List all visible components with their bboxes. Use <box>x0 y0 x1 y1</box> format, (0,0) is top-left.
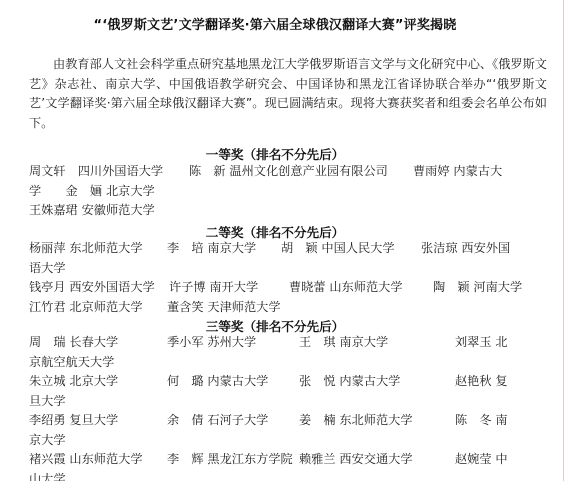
winner-entry: 京大学 <box>29 431 66 451</box>
winner-entry: 张 悦 内蒙古大学 <box>299 372 400 392</box>
page-right-border <box>563 0 564 481</box>
winner-entry: 江竹君 北京师范大学 <box>29 298 143 318</box>
winner-line: 京大学 <box>29 431 549 451</box>
winner-entry: 姜 楠 东北师范大学 <box>299 411 413 431</box>
winner-line: 王姝嘉珺 安徽师范大学 <box>29 201 549 221</box>
winner-entry: 陶 颖 河南大学 <box>433 278 522 298</box>
winner-entry: 旦大学 <box>29 392 66 412</box>
winner-entry: 语大学 <box>29 259 66 279</box>
winner-entry: 刘翠玉 北 <box>455 333 508 353</box>
winner-entry: 胡 颖 中国人民大学 <box>281 239 395 259</box>
winner-entry: 张洁琼 西安外国 <box>421 239 510 259</box>
winner-entry: 钱亭月 西安外国语大学 <box>29 278 155 298</box>
winner-entry: 学 金 婳 北京大学 <box>29 182 155 202</box>
winner-line: 钱亭月 西安外国语大学 许子博 南开大学 曹晓蕾 山东师范大学 陶 颖 河南大学 <box>29 278 549 298</box>
winner-entry: 陈 冬 南 <box>455 411 508 431</box>
winner-entry: 朱立城 北京大学 <box>29 372 118 392</box>
first-prize-list: 周文轩 四川外国语大学 陈 新 温州文化创意产业园有限公司 曹雨婷 内蒙古大 学… <box>29 162 549 221</box>
winner-line: 江竹君 北京师范大学 董含笑 天津师范大学 <box>29 298 549 318</box>
winner-line: 周文轩 四川外国语大学 陈 新 温州文化创意产业园有限公司 曹雨婷 内蒙古大 <box>29 162 549 182</box>
winner-line: 京航空航天大学 <box>29 353 549 373</box>
winner-entry: 何 璐 内蒙古大学 <box>167 372 268 392</box>
winner-entry: 周 瑞 长春大学 <box>29 333 118 353</box>
winner-entry: 赖雅兰 西安交通大学 <box>299 450 413 470</box>
winner-entry: 山大学 <box>29 470 66 481</box>
winner-entry: 李 辉 黑龙江东方学院 <box>167 450 293 470</box>
winner-entry: 周文轩 四川外国语大学 <box>29 162 163 182</box>
winner-line: 朱立城 北京大学 何 璐 内蒙古大学 张 悦 内蒙古大学 赵艳秋 复 <box>29 372 549 392</box>
winner-line: 山大学 <box>29 470 549 481</box>
winner-entry: 陈 新 温州文化创意产业园有限公司 <box>189 162 388 182</box>
winner-entry: 董含笑 天津师范大学 <box>167 298 281 318</box>
winner-line: 李绍勇 复旦大学 余 倩 石河子大学 姜 楠 东北师范大学 陈 冬 南 <box>29 411 549 431</box>
winner-entry: 余 倩 石河子大学 <box>167 411 268 431</box>
winner-entry: 许子博 南开大学 <box>169 278 258 298</box>
second-prize-list: 杨丽萍 东北师范大学 李 培 南京大学 胡 颖 中国人民大学 张洁琼 西安外国 … <box>29 239 549 317</box>
winner-entry: 曹雨婷 内蒙古大 <box>413 162 502 182</box>
winner-line: 杨丽萍 东北师范大学 李 培 南京大学 胡 颖 中国人民大学 张洁琼 西安外国 <box>29 239 549 259</box>
winner-entry: 京航空航天大学 <box>29 353 114 373</box>
first-prize-heading: 一等奖（排名不分先后） <box>0 144 550 163</box>
winner-entry: 季小军 苏州大学 <box>167 333 256 353</box>
winner-line: 旦大学 <box>29 392 549 412</box>
winner-entry: 赵艳秋 复 <box>455 372 508 392</box>
winner-line: 语大学 <box>29 259 549 279</box>
winner-entry: 李 培 南京大学 <box>167 239 256 259</box>
intro-paragraph: 由教育部人文社会科学重点研究基地黑龙江大学俄罗斯语言文学与文化研究中心、《俄罗斯… <box>29 55 547 133</box>
winner-entry: 王 琪 南京大学 <box>299 333 388 353</box>
winner-line: 学 金 婳 北京大学 <box>29 182 549 202</box>
winner-entry: 赵婉莹 中 <box>455 450 508 470</box>
winner-entry: 李绍勇 复旦大学 <box>29 411 118 431</box>
winner-entry: 王姝嘉珺 安徽师范大学 <box>29 201 155 221</box>
winner-line: 周 瑞 长春大学 季小军 苏州大学 王 琪 南京大学 刘翠玉 北 <box>29 333 549 353</box>
page-title: “‘俄罗斯文艺’文学翻译奖·第六届全球俄汉翻译大赛”评奖揭晓 <box>0 14 550 33</box>
third-prize-list: 周 瑞 长春大学 季小军 苏州大学 王 琪 南京大学 刘翠玉 北 京航空航天大学… <box>29 333 549 481</box>
winner-entry: 曹晓蕾 山东师范大学 <box>289 278 403 298</box>
winner-entry: 褚兴霞 山东师范大学 <box>29 450 143 470</box>
winner-entry: 杨丽萍 东北师范大学 <box>29 239 143 259</box>
winner-line: 褚兴霞 山东师范大学 李 辉 黑龙江东方学院 赖雅兰 西安交通大学 赵婉莹 中 <box>29 450 549 470</box>
